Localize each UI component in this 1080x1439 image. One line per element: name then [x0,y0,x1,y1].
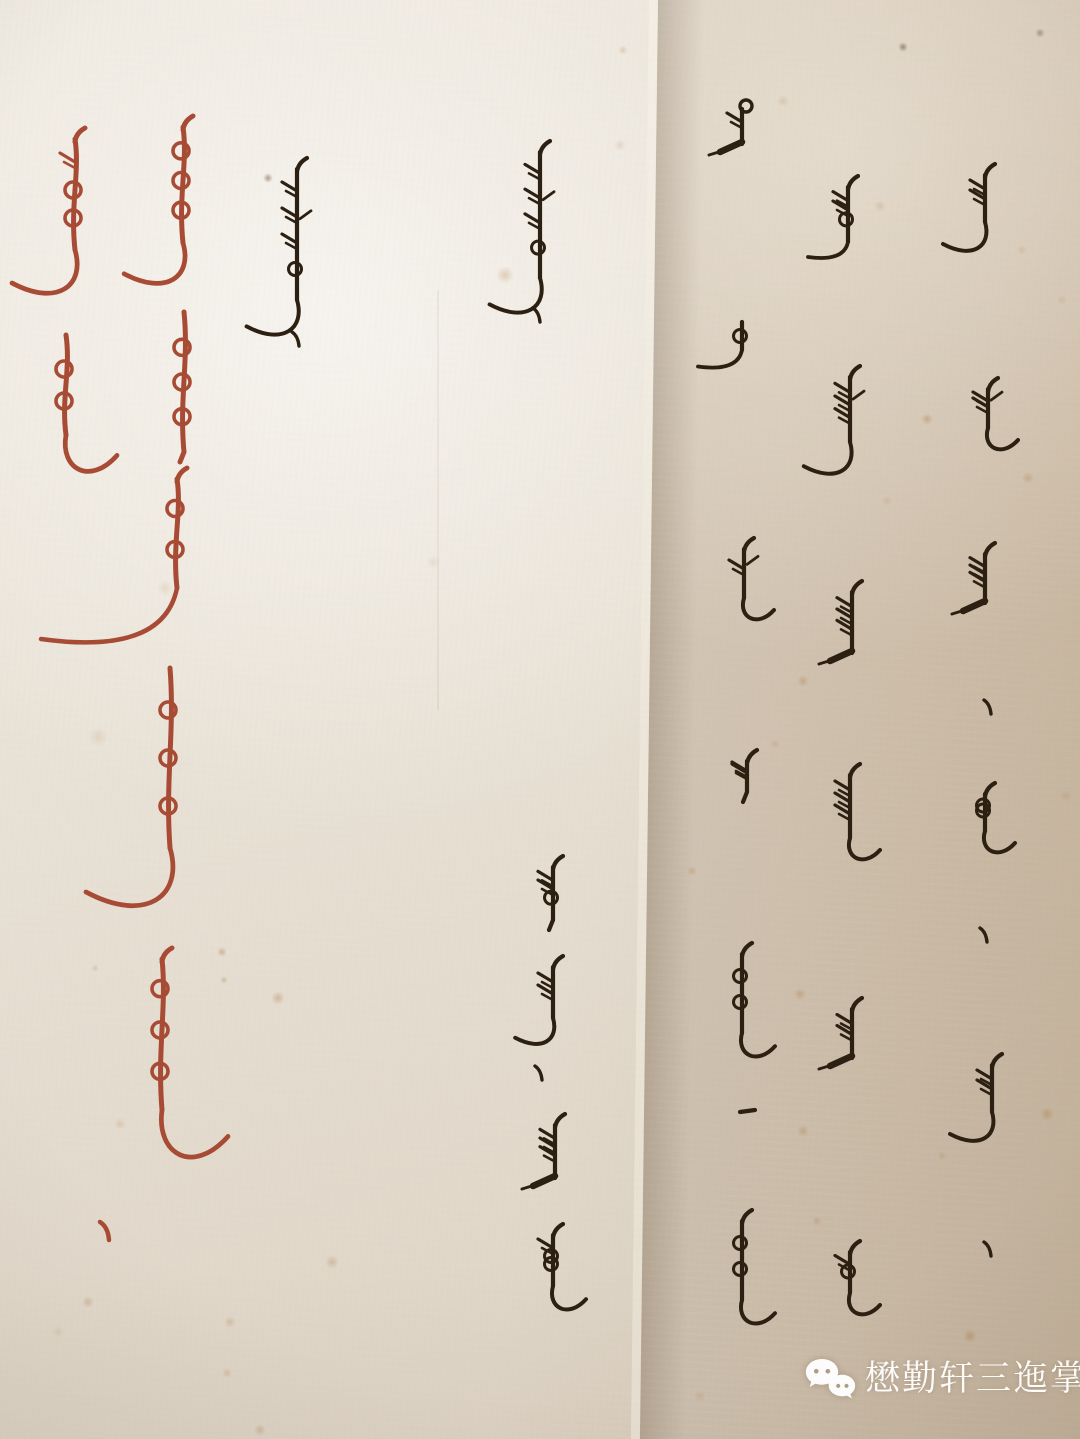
script-word [698,322,747,368]
script-word [804,366,864,474]
script-word [56,335,117,471]
script-word [174,312,190,462]
script-word [835,1241,880,1314]
script-word [734,943,776,1057]
script-mark [984,700,991,714]
script-word [538,1224,586,1310]
script-word [522,1114,565,1189]
script-word [808,176,858,258]
manuscript-photo: 懋勤轩三迤掌故 [0,0,1080,1439]
script-word [835,764,880,859]
script-word [973,378,1018,449]
script-word [952,543,995,614]
script-word [515,956,563,1044]
script-word [152,948,228,1157]
watermark-text: 懋勤轩三迤掌故 [865,1361,1080,1396]
script-mark [535,1066,542,1080]
watermark: 懋勤轩三迤掌故 [803,1356,1080,1400]
script-word [709,100,752,155]
script-mark [984,1242,991,1256]
script-mark [292,332,299,346]
script-strokes-layer [0,0,1080,1439]
script-word [12,128,85,293]
script-word [819,998,862,1069]
script-mark [100,1222,109,1240]
script-mark [533,308,540,322]
script-word [732,750,757,802]
script-word [943,164,995,251]
script-word [729,538,774,619]
script-word [490,141,554,313]
script-mark [740,1110,755,1112]
script-mark [980,928,987,942]
script-word [86,668,176,906]
script-word [819,581,862,664]
script-word [538,856,563,930]
script-word [977,783,1016,852]
script-word [247,158,311,335]
script-word [734,1210,776,1324]
wechat-icon [803,1356,856,1400]
script-word [950,1054,1002,1141]
script-word [124,116,193,283]
script-word [41,468,187,642]
